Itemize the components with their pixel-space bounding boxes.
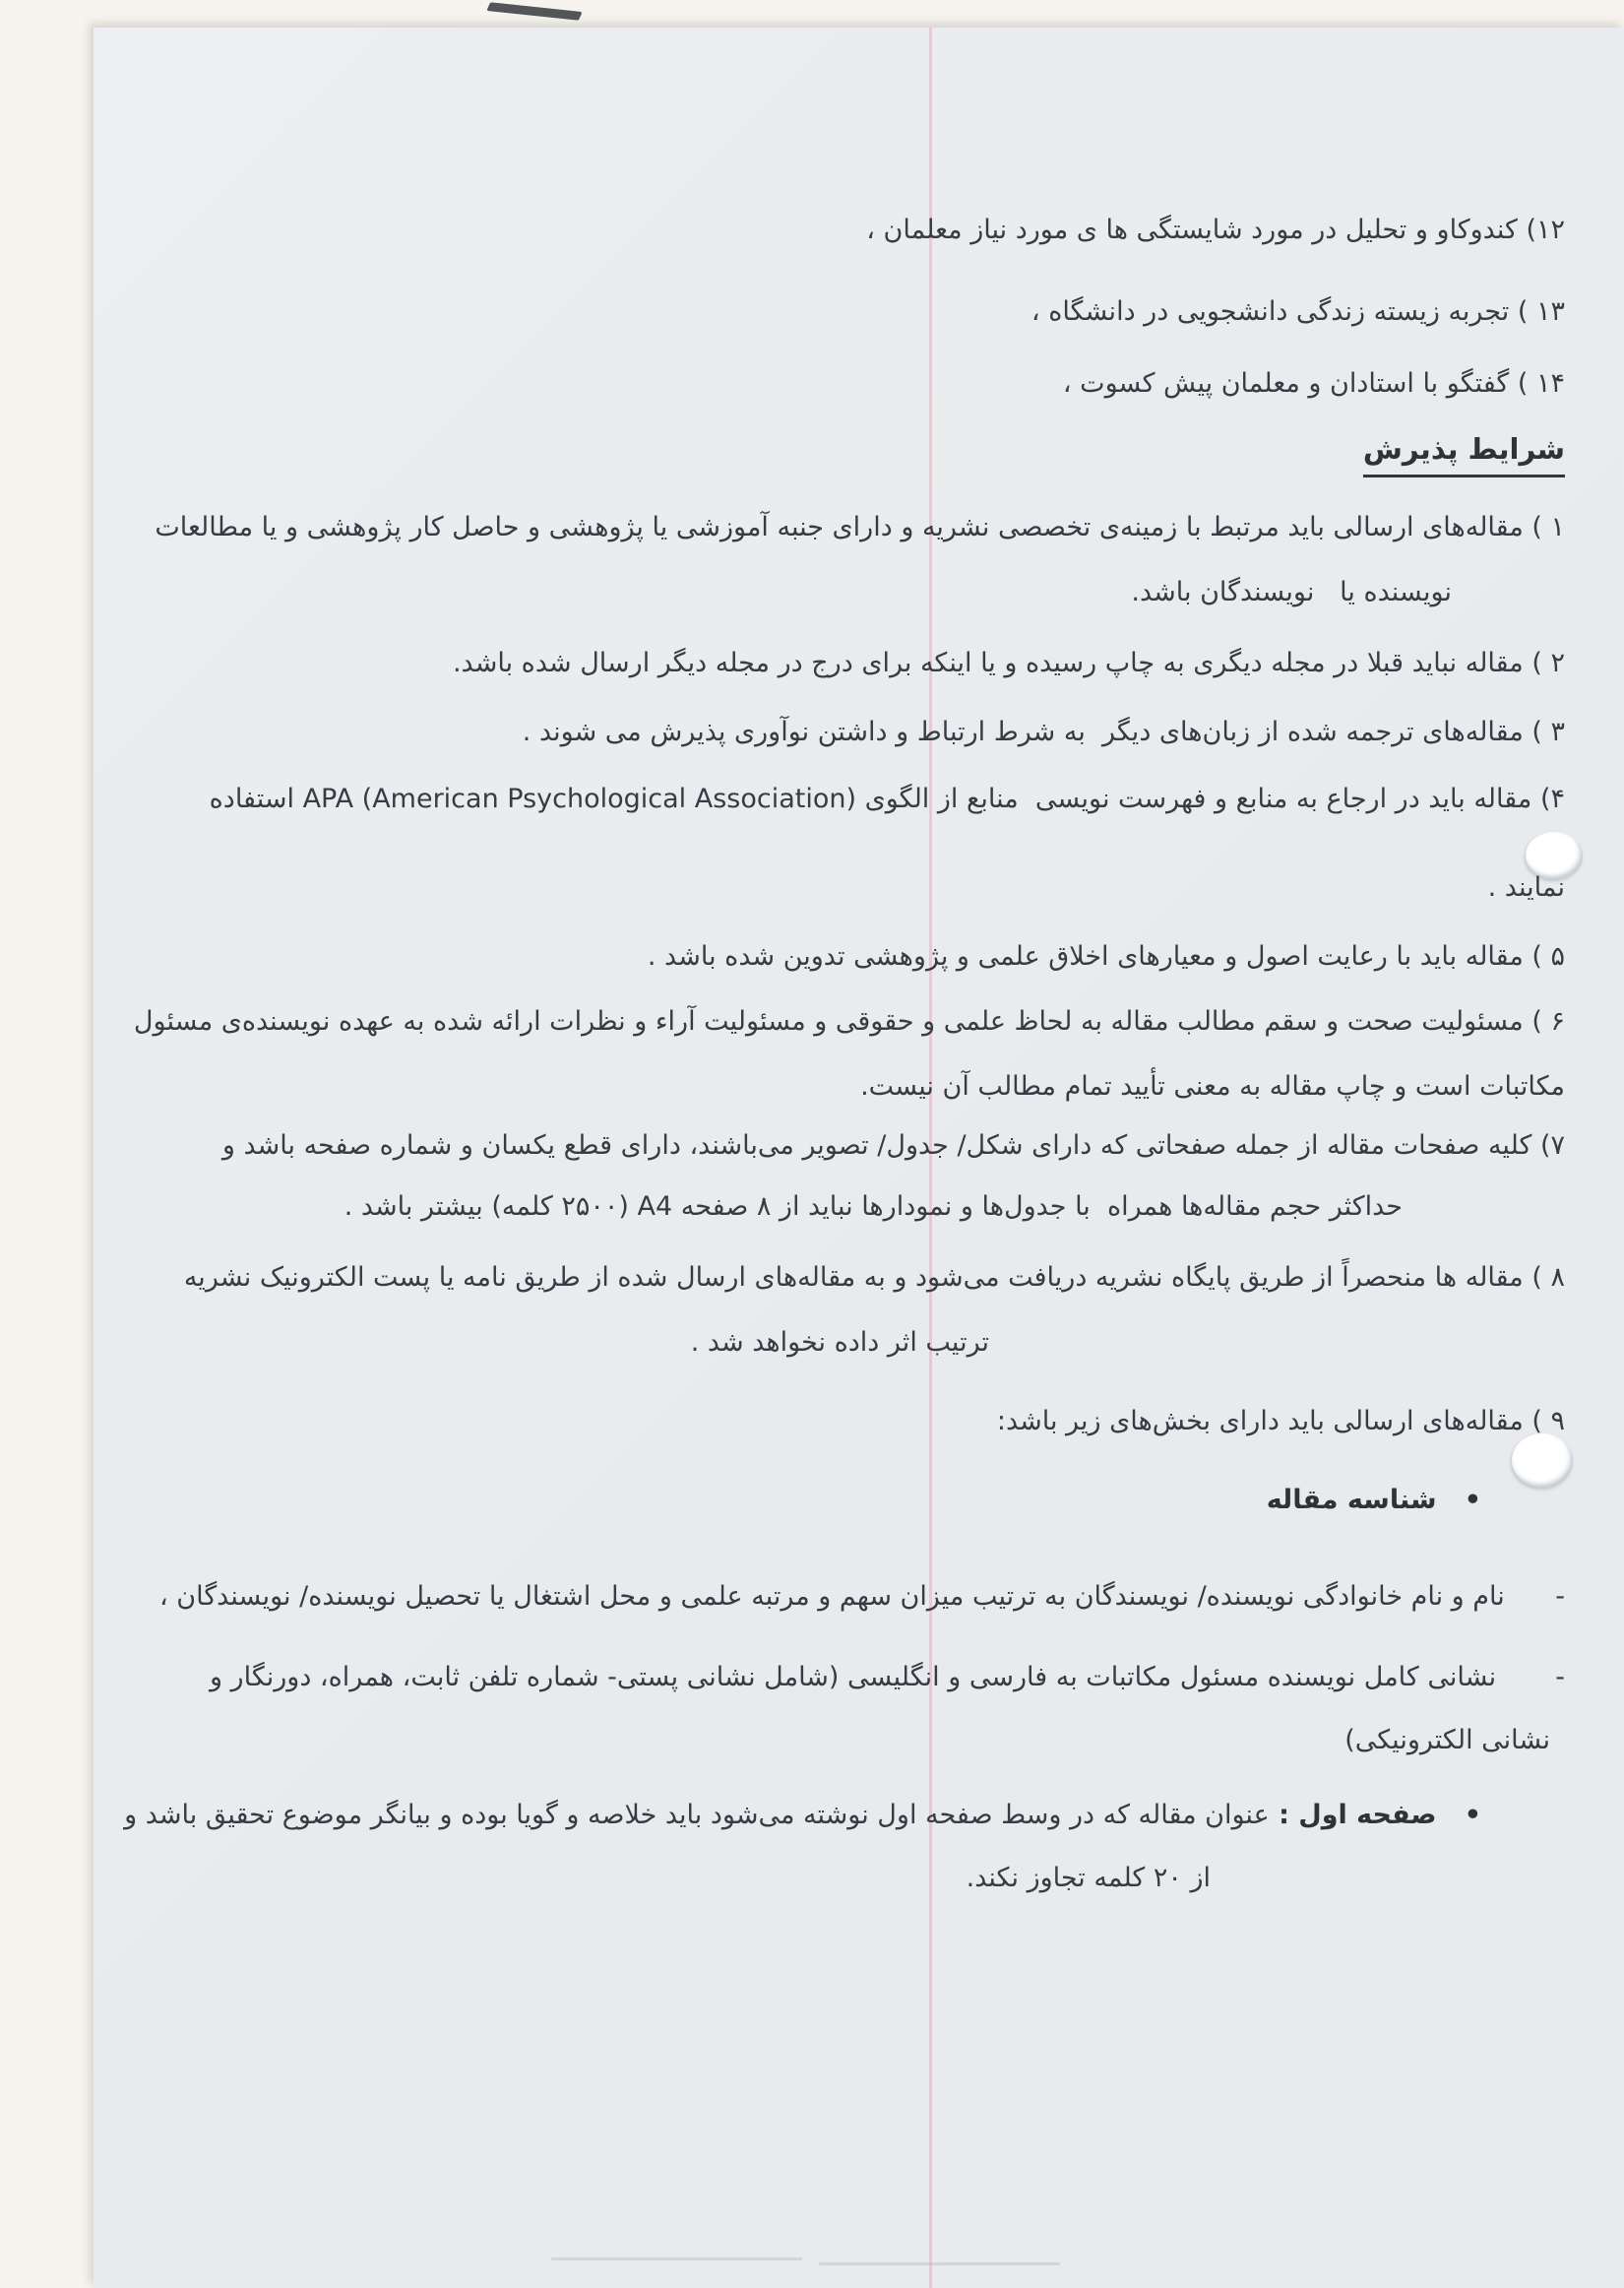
bullet-first-page-line-1: • صفحه اول : عنوان مقاله که در وسط صفحه … (118, 1796, 1565, 1835)
bullet-article-id: • شناسه مقاله (118, 1481, 1565, 1520)
text-run: • (1437, 1800, 1481, 1830)
bullet-first-page-line-2: از ۲۰ کلمه تجاوز نکند. (118, 1859, 1565, 1898)
text-run: شرایط پذیرش (1363, 429, 1565, 477)
text-run: ۱ ) مقاله‌های ارسالی باید مرتبط با زمینه… (155, 512, 1565, 542)
condition-9: ۹ ) مقاله‌های ارسالی باید دارای بخش‌های … (118, 1402, 1565, 1441)
text-run: صفحه اول : (1270, 1800, 1437, 1830)
text-run: ۲ ) مقاله نباید قبلا در مجله دیگری به چا… (453, 648, 1565, 678)
text-run: • (1437, 1485, 1481, 1515)
text-run: ۱۲) کندوکاو و تحلیل در مورد شایستگی ها ی… (866, 215, 1565, 245)
text-run: ۱۴ ) گفتگو با استادان و معلمان پیش کسوت … (1063, 368, 1565, 399)
condition-6-line-2: مکاتبات است و چاپ مقاله به معنی تأیید تم… (118, 1067, 1565, 1107)
condition-2: ۲ ) مقاله نباید قبلا در مجله دیگری به چا… (118, 644, 1565, 683)
list-item-13: ۱۳ ) تجربه زیسته زندگی دانشجویی در دانشگ… (118, 292, 1565, 332)
text-run: عنوان مقاله که در وسط صفحه اول نوشته می‌… (124, 1800, 1270, 1830)
condition-1-line-2: نویسنده یا نویسندگان باشد. (118, 573, 1565, 612)
text-run: ۸ ) مقاله ها منحصراً از طریق پایگاه نشری… (184, 1262, 1565, 1293)
text-run: شناسه مقاله (1267, 1485, 1437, 1515)
text-run: ۳ ) مقاله‌های ترجمه شده از زبان‌های دیگر… (523, 717, 1565, 747)
condition-4-line-1: ۴) مقاله باید در ارجاع به منابع و فهرست … (118, 780, 1565, 819)
dash-author-address-line-1: - نشانی کامل نویسنده مسئول مکاتبات به فا… (118, 1658, 1565, 1697)
text-run: ۶ ) مسئولیت صحت و سقم مطالب مقاله به لحا… (134, 1006, 1565, 1037)
text-run: ترتیب اثر داده نخواهد شد . (691, 1327, 989, 1358)
text-run: ۷) کلیه صفحات مقاله از جمله صفحاتی که دا… (222, 1130, 1565, 1161)
text-run: نشانی الکترونیکی) (1344, 1725, 1550, 1755)
text-run: - نام و نام خانوادگی نویسنده/ نویسندگان … (159, 1581, 1565, 1612)
condition-4-line-2: نمایند . (118, 868, 1565, 908)
text-run: از ۲۰ کلمه تجاوز نکند. (967, 1863, 1211, 1893)
text-run: ۵ ) مقاله باید با رعایت اصول و معیارهای … (648, 941, 1565, 972)
list-item-12: ۱۲) کندوکاو و تحلیل در مورد شایستگی ها ی… (118, 211, 1565, 250)
condition-7-line-2: حداکثر حجم مقاله‌ها همراه با جدول‌ها و ن… (118, 1187, 1565, 1227)
condition-5: ۵ ) مقاله باید با رعایت اصول و معیارهای … (118, 937, 1565, 977)
dash-author-names: - نام و نام خانوادگی نویسنده/ نویسندگان … (118, 1577, 1565, 1617)
scanned-page: ۱۲) کندوکاو و تحلیل در مورد شایستگی ها ی… (0, 0, 1624, 2288)
text-run: ۱۳ ) تجربه زیسته زندگی دانشجویی در دانشگ… (1031, 296, 1565, 327)
text-run: نمایند . (1488, 872, 1565, 903)
document-content: ۱۲) کندوکاو و تحلیل در مورد شایستگی ها ی… (118, 0, 1565, 2288)
condition-8-line-2: ترتیب اثر داده نخواهد شد . (118, 1323, 1565, 1363)
text-run: ۴) مقاله باید در ارجاع به منابع و فهرست … (210, 784, 1565, 814)
text-run: مکاتبات است و چاپ مقاله به معنی تأیید تم… (860, 1071, 1565, 1102)
condition-7-line-1: ۷) کلیه صفحات مقاله از جمله صفحاتی که دا… (118, 1126, 1565, 1166)
condition-8-line-1: ۸ ) مقاله ها منحصراً از طریق پایگاه نشری… (118, 1258, 1565, 1298)
text-run: ۹ ) مقاله‌های ارسالی باید دارای بخش‌های … (997, 1406, 1565, 1436)
list-item-14: ۱۴ ) گفتگو با استادان و معلمان پیش کسوت … (118, 364, 1565, 404)
condition-3: ۳ ) مقاله‌های ترجمه شده از زبان‌های دیگر… (118, 713, 1565, 752)
condition-1-line-1: ۱ ) مقاله‌های ارسالی باید مرتبط با زمینه… (118, 508, 1565, 547)
section-heading: شرایط پذیرش (118, 429, 1565, 477)
text-run: نویسنده یا نویسندگان باشد. (1131, 577, 1452, 607)
text-run: حداکثر حجم مقاله‌ها همراه با جدول‌ها و ن… (344, 1191, 1403, 1222)
dash-author-address-line-2: نشانی الکترونیکی) (118, 1721, 1565, 1760)
text-run: - نشانی کامل نویسنده مسئول مکاتبات به فا… (210, 1662, 1565, 1692)
condition-6-line-1: ۶ ) مسئولیت صحت و سقم مطالب مقاله به لحا… (118, 1002, 1565, 1042)
